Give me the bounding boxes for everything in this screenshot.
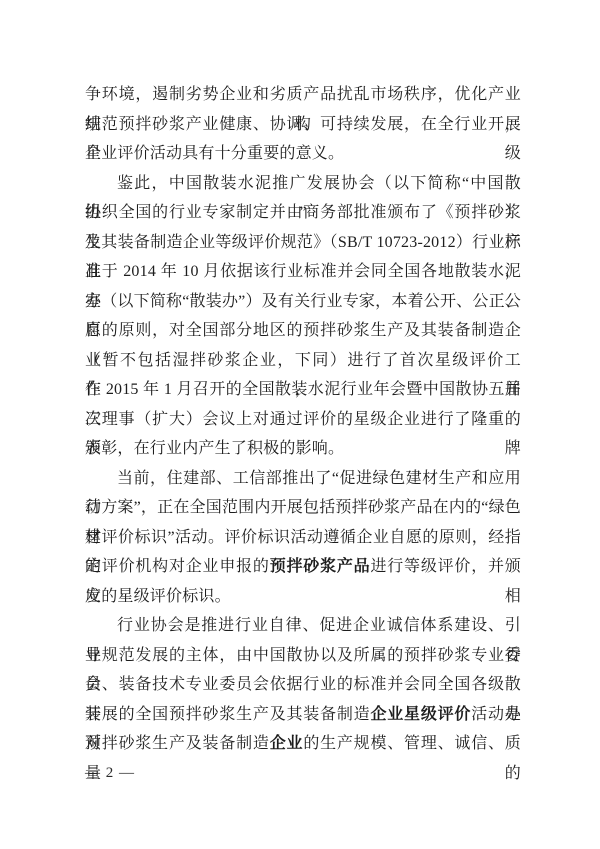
text-line: 业规范发展的主体，由中国散协以及所属的预拌砂浆专业委员 [85, 641, 521, 671]
text-segment: 企业评价活动具有十分重要的意义。 [85, 145, 344, 162]
text-line: 在 2015 年 1 月召开的全国散装水泥行业年会暨中国散协五届三 [85, 375, 521, 405]
page-number: — 2 — [85, 763, 135, 783]
text-line: （暂不包括湿拌砂浆企业，下同）进行了首次星级评价工作，并 [85, 346, 521, 376]
text-line: 及其装备制造企业等级评价规范》（SB/T 10723-2012）行业标准， [85, 228, 521, 258]
text-line: 材评价标识”活动。评价标识活动遵循企业自愿的原则，经指定 [85, 523, 521, 553]
document-page: 争环境，遏制劣势企业和劣质产品扰乱市场秩序，优化产业结构，规范预拌砂浆产业健康、… [0, 0, 600, 849]
bold-text: 预拌砂浆产品 [270, 558, 371, 575]
text-line: 鉴此，中国散装水泥推广发展协会（以下简称“中国散协”） [85, 169, 521, 199]
bold-text: 企业 [270, 735, 304, 752]
text-line: 且于 2014 年 10 月依据该行业标准并会同全国各地散装水泥办公 [85, 257, 521, 287]
text-line: 次理事（扩大）会议上对通过评价的星级企业进行了隆重的颁牌 [85, 405, 521, 435]
bold-text: 企业星级评价 [370, 706, 471, 723]
body-text: 争环境，遏制劣势企业和劣质产品扰乱市场秩序，优化产业结构，规范预拌砂浆产业健康、… [85, 80, 521, 759]
text-line: 组织全国的行业专家制定并由商务部批准颁布了《预拌砂浆生产 [85, 198, 521, 228]
text-line: 愿的原则，对全国部分地区的预拌砂浆生产及其装备制造企业 [85, 316, 521, 346]
text-line: 的评价机构对企业申报的预拌砂浆产品进行等级评价，并颁发相 [85, 552, 521, 582]
text-line: 争环境，遏制劣势企业和劣质产品扰乱市场秩序，优化产业结构， [85, 80, 521, 110]
text-line: 行业协会是推进行业自律、促进企业诚信体系建设、引导行 [85, 611, 521, 641]
text-segment: 预拌砂浆生产及装备制造 [85, 735, 270, 752]
text-line: 室（以下简称“散装办”）及有关行业专家，本着公开、公正、自 [85, 287, 521, 317]
text-segment: 开展的全国预拌砂浆生产及其装备制造 [85, 706, 370, 723]
text-line: 当前，住建部、工信部推出了“促进绿色建材生产和应用行 [85, 464, 521, 494]
text-line: 动方案”，正在全国范围内开展包括预拌砂浆产品在内的“绿色建 [85, 493, 521, 523]
text-line: 预拌砂浆生产及装备制造企业的生产规模、管理、诚信、质量的 [85, 729, 521, 759]
text-segment: 应的星级评价标识。 [85, 588, 231, 605]
text-segment: 的评价机构对企业申报的 [85, 558, 270, 575]
text-line: 规范预拌砂浆产业健康、协调、可持续发展，在全行业开展星级 [85, 110, 521, 140]
text-line: 开展的全国预拌砂浆生产及其装备制造企业星级评价活动是对 [85, 700, 521, 730]
text-segment: 表彰，在行业内产生了积极的影响。 [85, 440, 344, 457]
text-line: 会、装备技术专业委员会依据行业的标准并会同全国各级散装办 [85, 670, 521, 700]
